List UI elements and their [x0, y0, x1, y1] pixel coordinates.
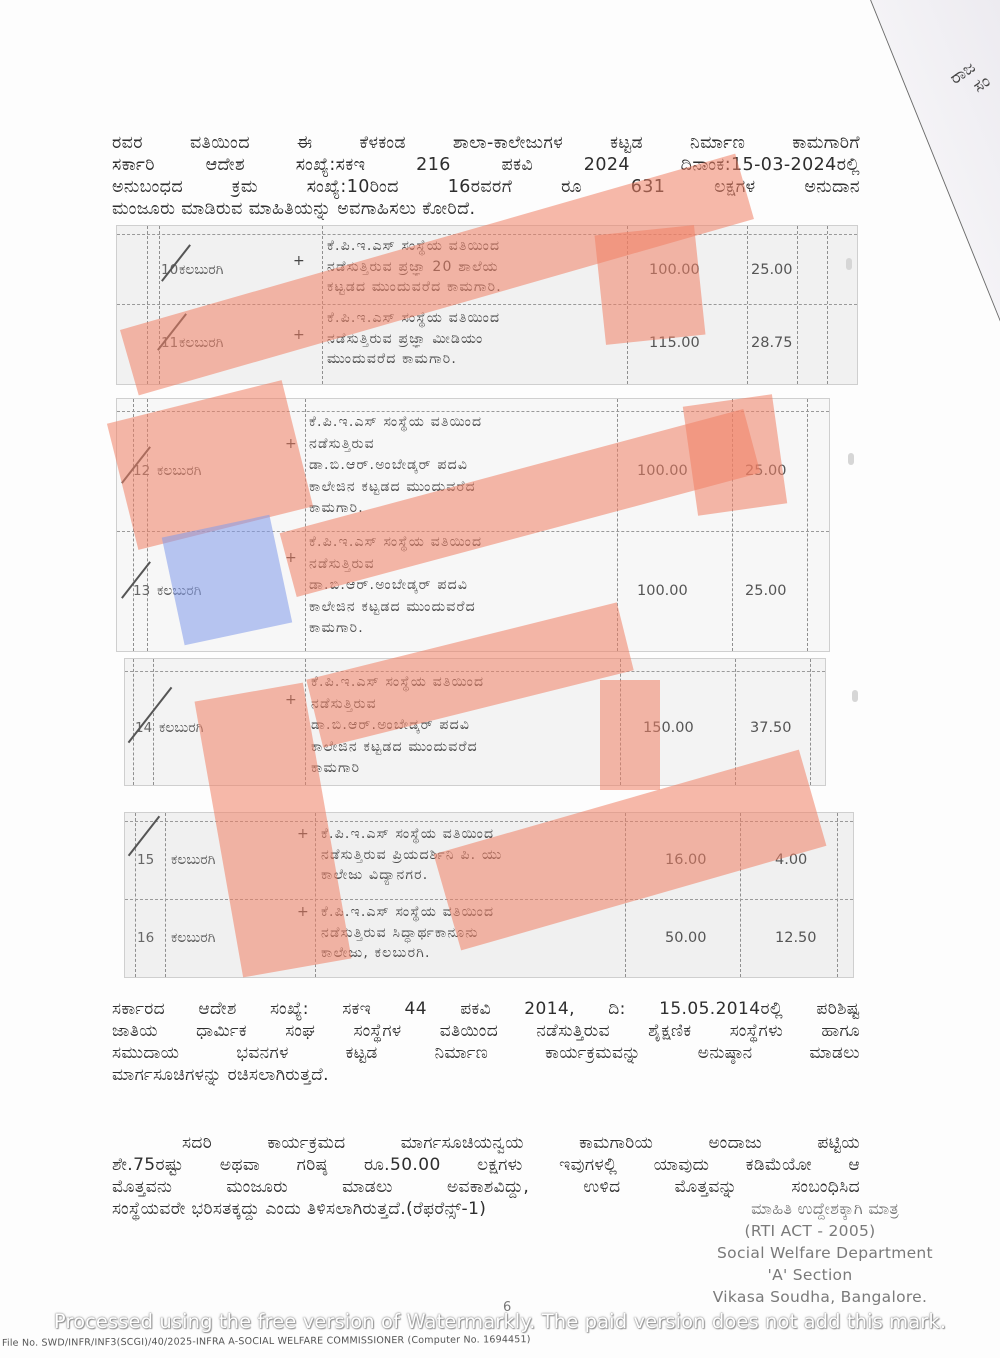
rti-stamp: ಮಾಹಿತಿ ಉದ್ದೇಶಕ್ಕಾಗಿ ಮಾತ್ರ (RTI ACT - 200…: [670, 1198, 950, 1308]
desc-line: ಕೆ.ಪಿ.ಇ.ಎಸ್ ಸಂಸ್ಥೆಯ ವತಿಯಿಂದ: [321, 902, 621, 923]
row-district: ಕಲಬುರಗಿ: [157, 532, 277, 650]
tick-mark: +: [297, 826, 309, 842]
adjacent-page-edge: [862, 0, 1000, 360]
tick-mark: +: [285, 436, 297, 452]
desc-line: ನಡೆಸುತ್ತಿರುವ ಪ್ರಜ್ಞಾ 20 ಶಾಲೆಯ: [327, 257, 623, 278]
watermark-text: Processed using the free version of Wate…: [0, 1310, 1000, 1333]
stamp-line: ಮಾಹಿತಿ ಉದ್ದೇಶಕ್ಕಾಗಿ ಮಾತ್ರ: [700, 1198, 950, 1220]
desc-line: ಕಾಮಗಾರಿ.: [309, 498, 614, 520]
tick-mark: +: [285, 692, 297, 708]
stamp-line: 'A' Section: [670, 1264, 950, 1286]
row-description: ಕೆ.ಪಿ.ಇ.ಎಸ್ ಸಂಸ್ಥೆಯ ವತಿಯಿಂದ ನಡೆಸುತ್ತಿರುವ…: [327, 305, 623, 381]
desc-line: ಕೆ.ಪಿ.ಇ.ಎಸ್ ಸಂಸ್ಥೆಯ ವತಿಯಿಂದ: [321, 824, 621, 845]
row-estimate-amount: 50.00: [665, 900, 707, 976]
row-description: ಕೆ.ಪಿ.ಇ.ಎಸ್ ಸಂಸ್ಥೆಯ ವತಿಯಿಂದ ನಡೆಸುತ್ತಿರುವ…: [321, 822, 621, 898]
paragraph-line: ಸರ್ಕಾರದ ಆದೇಶ ಸಂಖ್ಯೆ: ಸಕಇ 44 ಪಕವಿ 2014, ದ…: [112, 998, 860, 1020]
table-row: 15 ಕಲಬುರಗಿ + ಕೆ.ಪಿ.ಇ.ಎಸ್ ಸಂಸ್ಥೆಯ ವತಿಯಿಂದ…: [125, 821, 853, 898]
desc-line: ಡಾ.ಬಿ.ಆರ್.ಅಂಬೇಡ್ಕರ್ ಪದವಿ: [311, 715, 617, 737]
table-block-1: 10 ಕಲಬುರಗಿ + ಕೆ.ಪಿ.ಇ.ಎಸ್ ಸಂಸ್ಥೆಯ ವತಿಯಿಂದ…: [116, 225, 858, 385]
row-sanctioned-amount: 28.75: [751, 305, 793, 381]
paragraph-line: ಮೊತ್ತವನು ಮಂಜೂರು ಮಾಡಲು ಅವಕಾಶವಿದ್ದು, ಉಳಿದ …: [112, 1176, 860, 1198]
paragraph-line: ಜಾತಿಯ ಧಾರ್ಮಿಕ ಸಂಘ ಸಂಸ್ಥೆಗಳ ವತಿಯಿಂದ ನಡೆಸು…: [112, 1020, 860, 1042]
desc-line: ಕೆ.ಪಿ.ಇ.ಎಸ್ ಸಂಸ್ಥೆಯ ವತಿಯಿಂದ: [309, 412, 614, 434]
row-district: ಕಲಬುರಗಿ: [179, 305, 299, 381]
table-block-4: 15 ಕಲಬುರಗಿ + ಕೆ.ಪಿ.ಇ.ಎಸ್ ಸಂಸ್ಥೆಯ ವತಿಯಿಂದ…: [124, 812, 854, 978]
file-number-footer: File No. SWD/INFR/INF3(SCGI)/40/2025-INF…: [2, 1334, 531, 1349]
desc-line: ನಡೆಸುತ್ತಿರುವ: [311, 694, 617, 716]
desc-line: ಕಾಮಗಾರಿ: [311, 758, 617, 780]
desc-line: ನಡೆಸುತ್ತಿರುವ ಪ್ರಿಯದರ್ಶಿನಿ ಪಿ. ಯು: [321, 845, 621, 866]
row-serial-number: 16: [137, 900, 161, 976]
row-sanctioned-amount: 4.00: [775, 822, 807, 898]
punch-mark: [848, 453, 854, 465]
row-description: ಕೆ.ಪಿ.ಇ.ಎಸ್ ಸಂಸ್ಥೆಯ ವತಿಯಿಂದ ನಡೆಸುತ್ತಿರುವ…: [309, 412, 614, 530]
intro-line: ರವರ ವತಿಯಿಂದ ಈ ಕೆಳಕಂಡ ಶಾಲಾ-ಕಾಲೇಜುಗಳ ಕಟ್ಟಡ…: [112, 132, 860, 154]
paragraph-line: ಸಮುದಾಯ ಭವನಗಳ ಕಟ್ಟಡ ನಿರ್ಮಾಣ ಕಾರ್ಯಕ್ರಮವನ್ನ…: [112, 1042, 860, 1064]
table-row: 12 ಕಲಬುರಗಿ + ಕೆ.ಪಿ.ಇ.ಎಸ್ ಸಂಸ್ಥೆಯ ವತಿಯಿಂದ…: [117, 411, 829, 530]
row-estimate-amount: 115.00: [649, 305, 700, 381]
desc-line: ನಡೆಸುತ್ತಿರುವ: [309, 554, 614, 576]
table-block-3: 14 ಕಲಬುರಗಿ + ಕೆ.ಪಿ.ಇ.ಎಸ್ ಸಂಸ್ಥೆಯ ವತಿಯಿಂದ…: [124, 658, 826, 786]
row-estimate-amount: 16.00: [665, 822, 707, 898]
paragraph-line: ಮಾರ್ಗಸೂಚಿಗಳನ್ನು ರಚಿಸಲಾಗಿರುತ್ತದೆ.: [112, 1064, 860, 1086]
desc-line: ಕಾಲೇಜು, ಕಲಬುರಗಿ.: [321, 943, 621, 964]
desc-line: ನಡೆಸುತ್ತಿರುವ ಸಿದ್ಧಾರ್ಥಕಾನೂನು: [321, 923, 621, 944]
row-sanctioned-amount: 25.00: [745, 412, 787, 530]
row-estimate-amount: 100.00: [649, 235, 700, 305]
row-description: ಕೆ.ಪಿ.ಇ.ಎಸ್ ಸಂಸ್ಥೆಯ ವತಿಯಿಂದ ನಡೆಸುತ್ತಿರುವ…: [311, 672, 617, 784]
row-district: ಕಲಬುರಗಿ: [159, 672, 279, 784]
row-description: ಕೆ.ಪಿ.ಇ.ಎಸ್ ಸಂಸ್ಥೆಯ ವತಿಯಿಂದ ನಡೆಸುತ್ತಿರುವ…: [321, 900, 621, 976]
desc-line: ಕಾಲೇಜು ವಿದ್ಯಾನಗರ.: [321, 865, 621, 886]
desc-line: ಮುಂದುವರೆದ ಕಾಮಗಾರಿ.: [327, 349, 623, 370]
table-row: 11 ಕಲಬುರಗಿ + ಕೆ.ಪಿ.ಇ.ಎಸ್ ಸಂಸ್ಥೆಯ ವತಿಯಿಂದ…: [117, 304, 857, 381]
stamp-line: (RTI ACT - 2005): [670, 1220, 950, 1242]
desc-line: ಕಾಲೇಜಿನ ಕಟ್ಟಡದ ಮುಂದುವರೆದ: [311, 737, 617, 759]
punch-mark: [852, 690, 858, 702]
desc-line: ಕೆ.ಪಿ.ಇ.ಎಸ್ ಸಂಸ್ಥೆಯ ವತಿಯಿಂದ: [327, 308, 623, 329]
table-row: 14 ಕಲಬುರಗಿ + ಕೆ.ಪಿ.ಇ.ಎಸ್ ಸಂಸ್ಥೆಯ ವತಿಯಿಂದ…: [125, 671, 825, 784]
row-estimate-amount: 100.00: [637, 412, 688, 530]
row-description: ಕೆ.ಪಿ.ಇ.ಎಸ್ ಸಂಸ್ಥೆಯ ವತಿಯಿಂದ ನಡೆಸುತ್ತಿರುವ…: [309, 532, 614, 650]
row-serial-number: 13: [133, 532, 153, 650]
table-row: 10 ಕಲಬುರಗಿ + ಕೆ.ಪಿ.ಇ.ಎಸ್ ಸಂಸ್ಥೆಯ ವತಿಯಿಂದ…: [117, 234, 857, 305]
row-sanctioned-amount: 25.00: [745, 532, 787, 650]
desc-line: ಕಾಲೇಜಿನ ಕಟ್ಟಡದ ಮುಂದುವರೆದ: [309, 477, 614, 499]
tick-mark: +: [293, 253, 305, 269]
desc-line: ಕಾಲೇಜಿನ ಕಟ್ಟಡದ ಮುಂದುವರೆದ: [309, 597, 614, 619]
table-block-2: 12 ಕಲಬುರಗಿ + ಕೆ.ಪಿ.ಇ.ಎಸ್ ಸಂಸ್ಥೆಯ ವತಿಯಿಂದ…: [116, 398, 830, 652]
row-description: ಕೆ.ಪಿ.ಇ.ಎಸ್ ಸಂಸ್ಥೆಯ ವತಿಯಿಂದ ನಡೆಸುತ್ತಿರುವ…: [327, 235, 623, 305]
desc-line: ನಡೆಸುತ್ತಿರುವ ಪ್ರಜ್ಞಾ ಮೀಡಿಯಂ: [327, 329, 623, 350]
desc-line: ಕಾಮಗಾರಿ.: [309, 618, 614, 640]
row-estimate-amount: 100.00: [637, 532, 688, 650]
row-estimate-amount: 150.00: [643, 672, 694, 784]
punch-mark: [846, 258, 852, 270]
intro-line: ಮಂಜೂರು ಮಾಡಿರುವ ಮಾಹಿತಿಯನ್ನು ಅವಗಾಹಿಸಲು ಕೋರ…: [112, 198, 860, 220]
row-district: ಕಲಬುರಗಿ: [179, 235, 299, 305]
desc-line: ಕೆ.ಪಿ.ಇ.ಎಸ್ ಸಂಸ್ಥೆಯ ವತಿಯಿಂದ: [309, 532, 614, 554]
intro-paragraph: ರವರ ವತಿಯಿಂದ ಈ ಕೆಳಕಂಡ ಶಾಲಾ-ಕಾಲೇಜುಗಳ ಕಟ್ಟಡ…: [112, 132, 860, 220]
intro-line: ಸರ್ಕಾರಿ ಆದೇಶ ಸಂಖ್ಯೆ:ಸಕಇ 216 ಪಕವಿ 2024 ದಿ…: [112, 154, 860, 176]
tick-mark: +: [297, 904, 309, 920]
row-serial-number: 15: [137, 822, 161, 898]
row-sanctioned-amount: 37.50: [750, 672, 792, 784]
row-district: ಕಲಬುರಗಿ: [171, 900, 291, 976]
desc-line: ಕೆ.ಪಿ.ಇ.ಎಸ್ ಸಂಸ್ಥೆಯ ವತಿಯಿಂದ: [311, 672, 617, 694]
row-district: ಕಲಬುರಗಿ: [157, 412, 277, 530]
table-row: 16 ಕಲಬುರಗಿ + ಕೆ.ಪಿ.ಇ.ಎಸ್ ಸಂಸ್ಥೆಯ ವತಿಯಿಂದ…: [125, 899, 853, 976]
paragraph-line: ಸದರಿ ಕಾರ್ಯಕ್ರಮದ ಮಾರ್ಗಸೂಚಿಯನ್ವಯ ಕಾಮಗಾರಿಯ …: [112, 1132, 860, 1154]
desc-line: ಕಟ್ಟಡದ ಮುಂದುವರೆದ ಕಾಮಗಾರಿ.: [327, 277, 623, 298]
guidelines-paragraph: ಸರ್ಕಾರದ ಆದೇಶ ಸಂಖ್ಯೆ: ಸಕಇ 44 ಪಕವಿ 2014, ದ…: [112, 998, 860, 1086]
tick-mark: +: [285, 550, 297, 566]
table-row: 13 ಕಲಬುರಗಿ + ಕೆ.ಪಿ.ಇ.ಎಸ್ ಸಂಸ್ಥೆಯ ವತಿಯಿಂದ…: [117, 531, 829, 650]
row-sanctioned-amount: 12.50: [775, 900, 817, 976]
intro-line: ಅನುಬಂಧದ ಕ್ರಮ ಸಂಖ್ಯೆ:10ರಿಂದ 16ರವರಗೆ ರೂ 63…: [112, 176, 860, 198]
stamp-line: Vikasa Soudha, Bangalore.: [690, 1286, 950, 1308]
desc-line: ಕೆ.ಪಿ.ಇ.ಎಸ್ ಸಂಸ್ಥೆಯ ವತಿಯಿಂದ: [327, 236, 623, 257]
desc-line: ಡಾ.ಬಿ.ಆರ್.ಅಂಬೇಡ್ಕರ್ ಪದವಿ: [309, 575, 614, 597]
stamp-line: Social Welfare Department: [700, 1242, 950, 1264]
row-serial-number: 12: [133, 412, 153, 530]
desc-line: ನಡೆಸುತ್ತಿರುವ: [309, 434, 614, 456]
desc-line: ಡಾ.ಬಿ.ಆರ್.ಅಂಬೇಡ್ಕರ್ ಪದವಿ: [309, 455, 614, 477]
paragraph-line: ಶೇ.75ರಷ್ಟು ಅಥವಾ ಗರಿಷ್ಠ ರೂ.50.00 ಲಕ್ಷಗಳು …: [112, 1154, 860, 1176]
row-sanctioned-amount: 25.00: [751, 235, 793, 305]
row-district: ಕಲಬುರಗಿ: [171, 822, 291, 898]
tick-mark: +: [293, 327, 305, 343]
